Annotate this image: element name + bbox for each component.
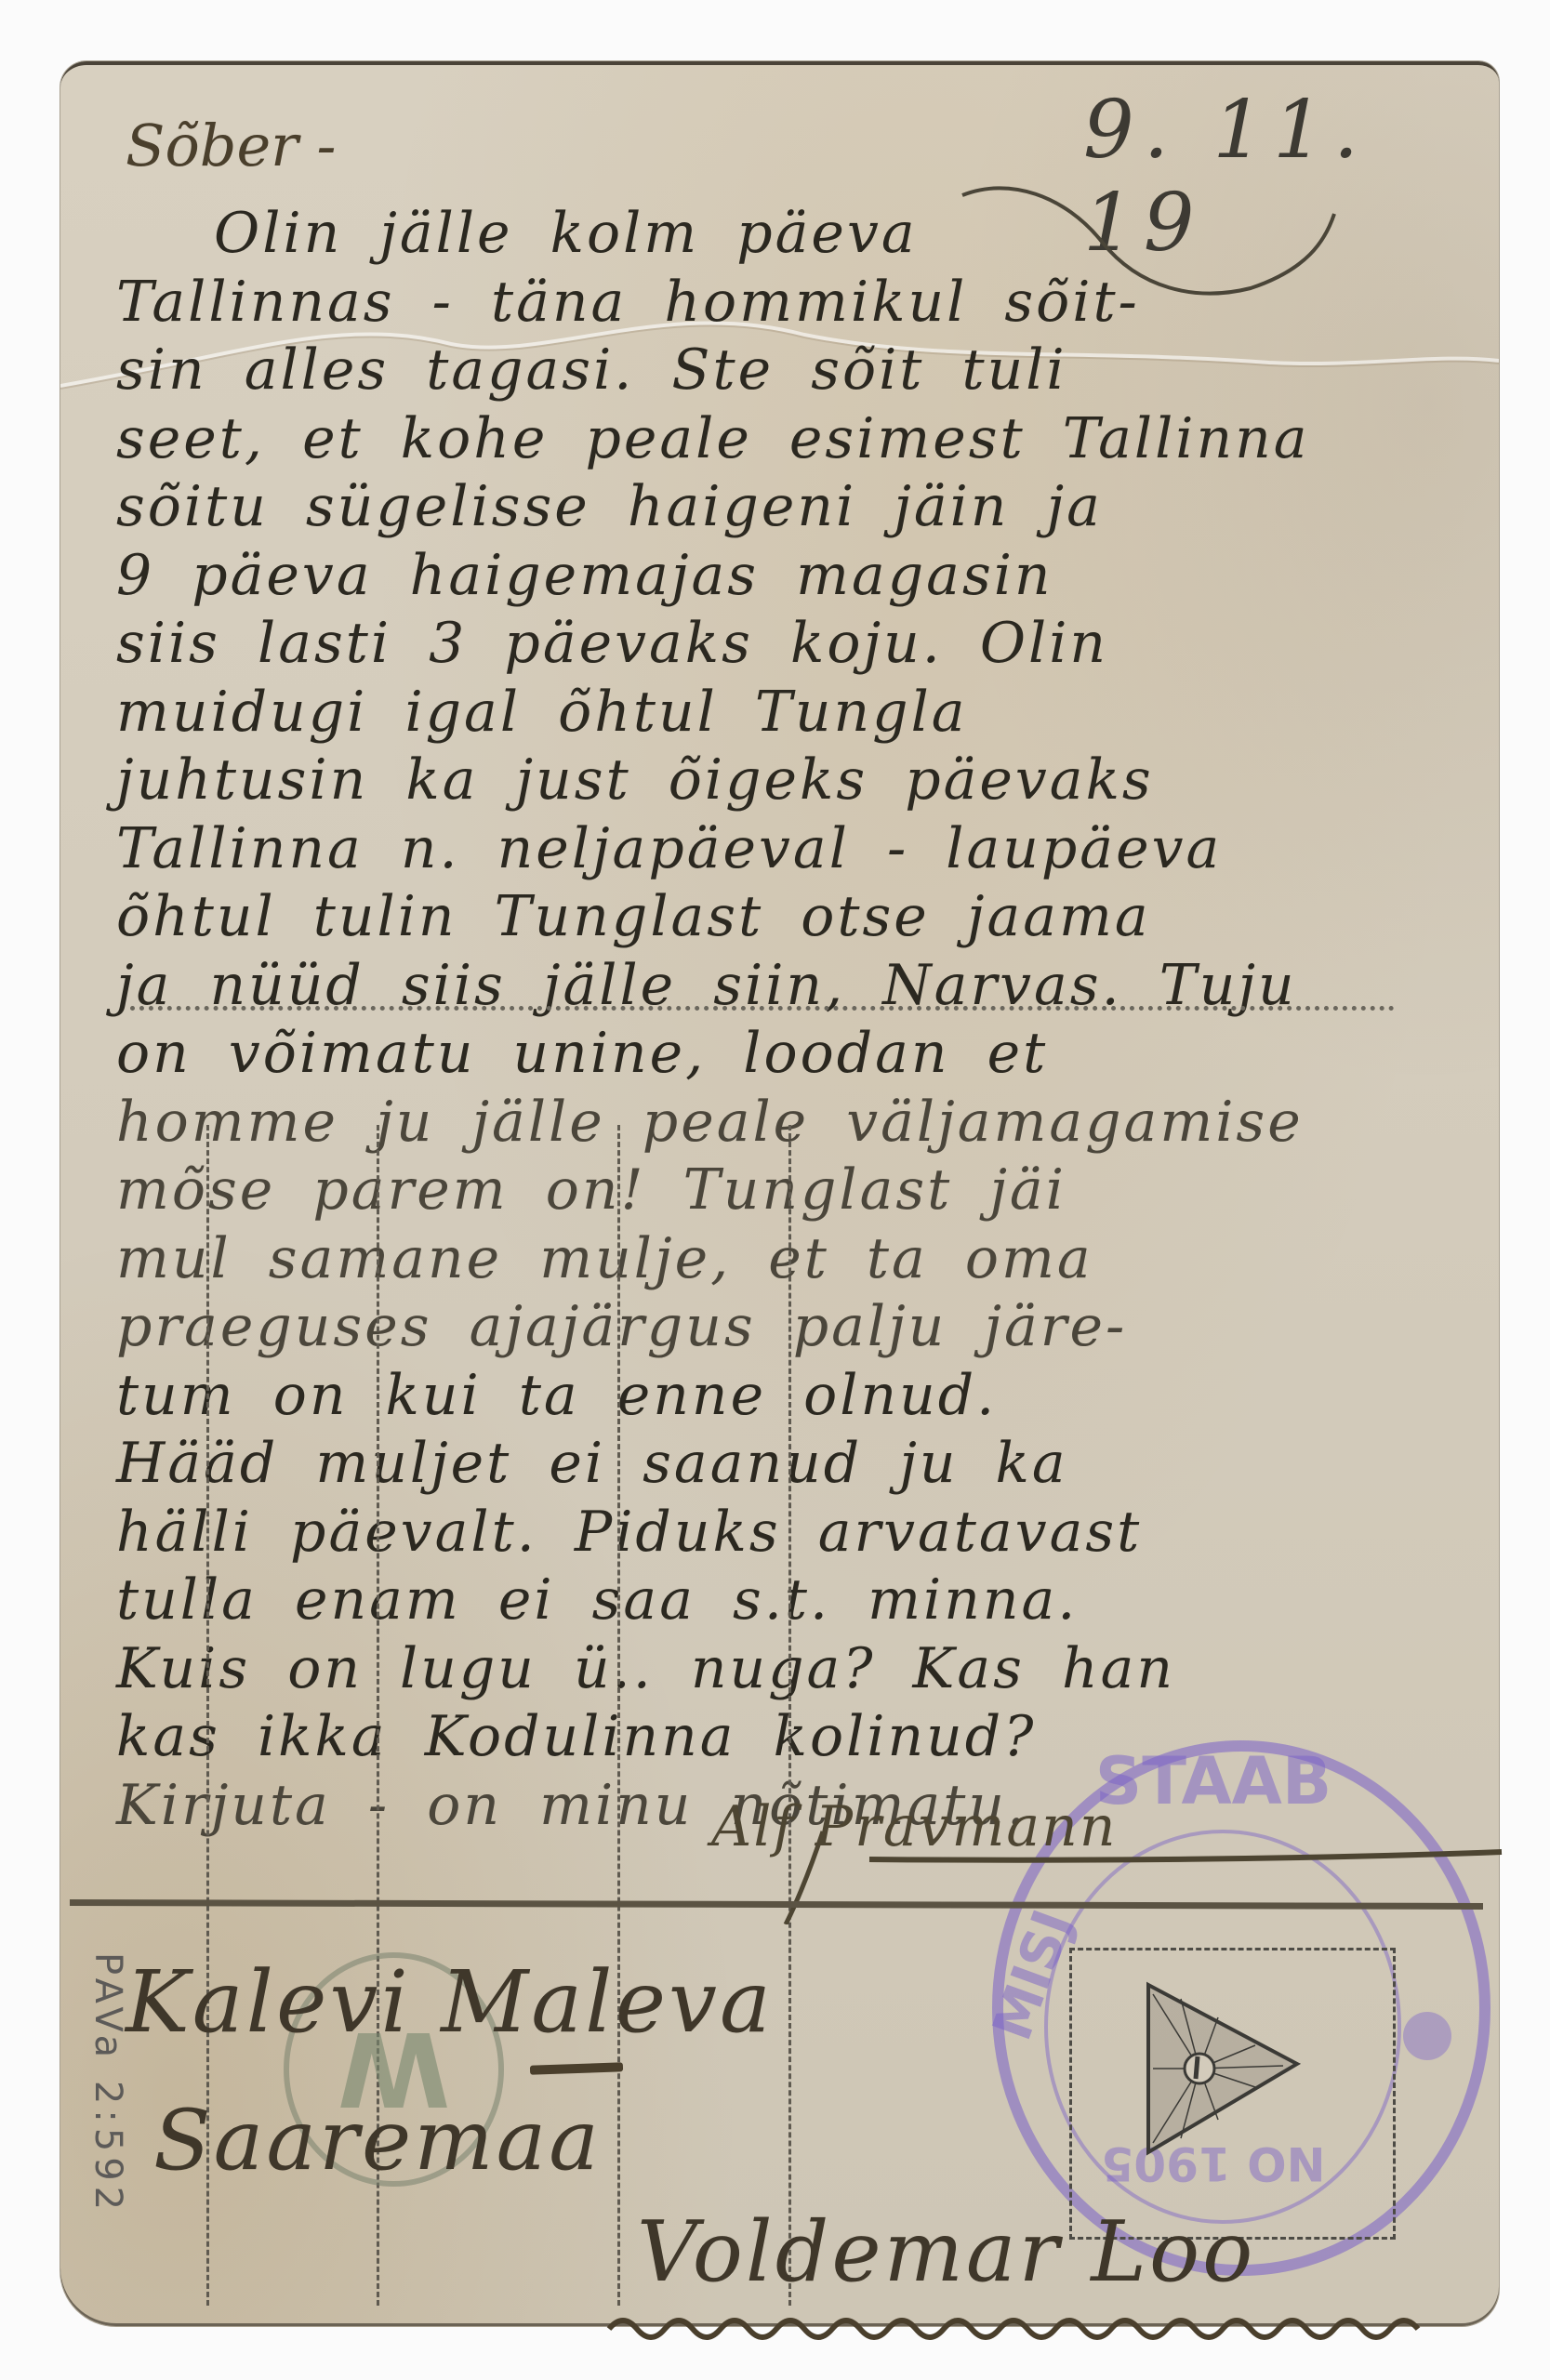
message-line: homme ju jälle peale väljamagamise <box>116 1089 1492 1157</box>
message-line: juhtusin ka just õigeks päevaks <box>116 747 1492 815</box>
triangle-eye-stamp-icon <box>1144 1980 1302 2157</box>
message-line: õhtul tulin Tunglast otse jaama <box>116 883 1492 952</box>
address-dash <box>530 2062 623 2074</box>
message-line: Tallinna n. neljapäeval - laupäeva <box>116 815 1492 884</box>
message-line: on võimatu unine, loodan et <box>116 1020 1492 1089</box>
message-line: Tallinnas - täna hommikul sõit- <box>116 269 1492 337</box>
message-line: Kuis on lugu ü.. nuga? Kas han <box>116 1635 1492 1704</box>
message-line: muidugi igal õhtul Tungla <box>116 679 1492 747</box>
postcard: Sõber - 9. 11. 19 Olin jälle kolm päeva … <box>60 61 1499 2326</box>
message-line: mul samane mulje, et ta oma <box>116 1225 1492 1294</box>
message-body: Olin jälle kolm päeva Tallinnas - täna h… <box>116 200 1492 1840</box>
message-line: praeguses ajajärgus palju järe- <box>116 1293 1492 1362</box>
message-line: tum on kui ta enne olnud. <box>116 1362 1492 1431</box>
archive-reference: PAVa 2:592 <box>86 1952 129 2215</box>
message-line: sõitu sügelisse haigeni jäin ja <box>116 473 1492 542</box>
address-line-1: Kalevi Maleva <box>126 1952 774 2052</box>
address-line-3: Voldemar Loo <box>637 2203 1255 2301</box>
address-line-2: Saaremaa <box>153 2092 602 2189</box>
printed-guide-line <box>617 1125 620 2306</box>
message-line: mõse parem on! Tunglast jäi <box>116 1157 1492 1225</box>
message-line: tulla enam ei saa s.t. minna. <box>116 1567 1492 1635</box>
message-line: Hääd muljet ei saanud ju ka <box>116 1430 1492 1499</box>
message-line: Olin jälle kolm päeva <box>116 200 1492 269</box>
message-line: 9 päeva haigemajas magasin <box>116 542 1492 611</box>
message-line: sin alles tagasi. Ste sõit tuli <box>116 337 1492 405</box>
message-line: siis lasti 3 päevaks koju. Olin <box>116 610 1492 679</box>
printed-guide-line <box>788 1125 791 2306</box>
address-wavy-underline <box>604 2301 1432 2347</box>
greeting: Sõber - <box>126 112 336 179</box>
message-line: seet, et kohe peale esimest Tallinna <box>116 405 1492 474</box>
message-line: hälli päevalt. Piduks arvatavast <box>116 1499 1492 1567</box>
printed-dotted-rule <box>130 1006 1395 1011</box>
